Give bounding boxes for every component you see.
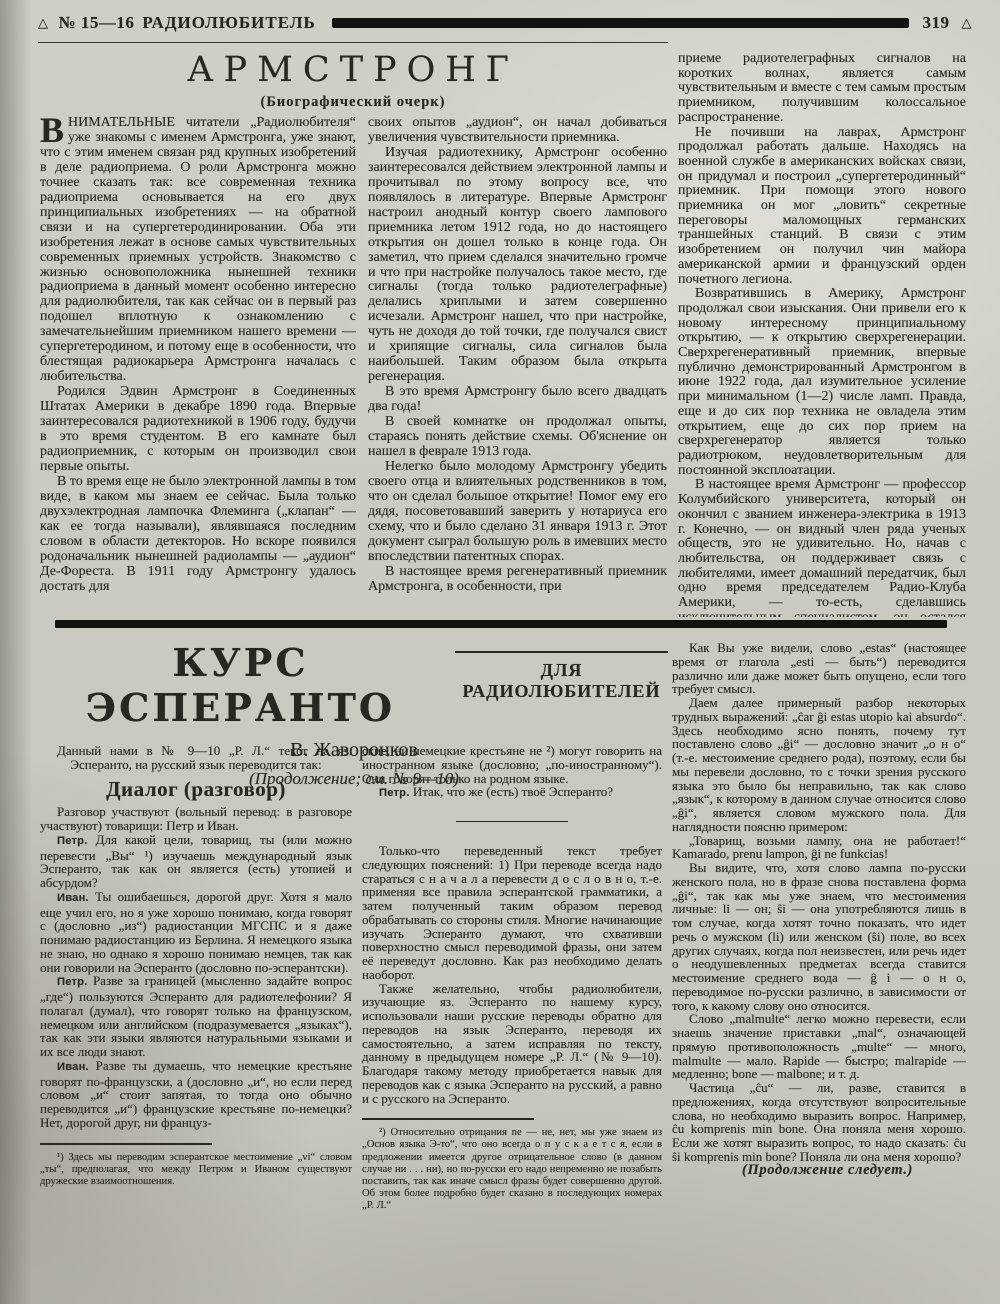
paragraph: Петр. Итак, что же (есть) твоё Эсперанто… [362, 785, 662, 801]
left-triangle-icon: △ [38, 15, 49, 31]
closing-note: (Продолжение следует.) [672, 1164, 966, 1178]
header-rule [38, 42, 668, 43]
paragraph: Даем далее примерный разбор некоторых тр… [672, 696, 966, 834]
esperanto-column-right: Как Вы уже видели, слово „estas“ (настоя… [672, 641, 966, 1294]
paragraph: Изучая радиотехнику, Армстронг особенно … [368, 146, 667, 385]
header-bar [332, 18, 909, 28]
paragraph: Иван. Разве ты думаешь, что немецкие кре… [40, 1059, 352, 1130]
section-divider-bar [55, 620, 947, 628]
paragraph: В своей комнатке он продолжал опыты, ста… [368, 415, 667, 460]
paragraph: Иван. Ты ошибаешься, дорогой друг. Хотя … [40, 890, 352, 975]
paragraph: приеме радиотелеграфных сигналов на коро… [678, 52, 966, 126]
dialog-heading: Диалог (разговор) [40, 783, 352, 797]
dialog-paragraphs-continued: ские, ни немецкие крестьяне не ²) могут … [362, 744, 662, 801]
armstrong-title-block: АРМСТРОНГ (Биографический очерк) [40, 50, 666, 111]
footnote-2: ²) Относительно отрицания ne — не, нет, … [362, 1127, 662, 1212]
dialog-paragraphs: Разговор участвуют (вольный перевод: в р… [40, 805, 352, 1129]
paragraph: В настоящее время регенеративный приемни… [368, 565, 667, 595]
page-header: △ № 15—16 РАДИОЛЮБИТЕЛЬ 319 △ [38, 10, 972, 36]
right-triangle-icon: △ [962, 15, 973, 31]
footnote-rule [362, 1118, 534, 1120]
paragraph: Нелегко было молодому Армстронгу убедить… [368, 460, 667, 565]
paragraph: Не почивши на лаврах, Армстронг продолжа… [678, 126, 966, 288]
article-subtitle: (Биографический очерк) [40, 94, 666, 111]
paragraph: своих опытов „аудион“, он начал добивать… [368, 116, 667, 146]
magazine-title: РАДИОЛЮБИТЕЛЬ [142, 13, 315, 33]
paragraph: Как Вы уже видели, слово „estas“ (настоя… [672, 641, 966, 696]
armstrong-column-left: ВНИМАТЕЛЬНЫЕ читатели „Радиолюбителя“ уж… [40, 116, 356, 617]
esperanto-column-middle: ские, ни немецкие крестьяне не ²) могут … [362, 744, 662, 1294]
paragraph: Разговор участвуют (вольный перевод: в р… [40, 805, 352, 833]
esperanto-title-line: КУРС ЭСПЕРАНТО ДЛЯ РАДИОЛЮБИТЕЛЕЙ [40, 640, 668, 730]
paragraph: ВНИМАТЕЛЬНЫЕ читатели „Радиолюбителя“ уж… [40, 116, 356, 385]
esperanto-subtitle: ДЛЯ РАДИОЛЮБИТЕЛЕЙ [455, 651, 668, 702]
intro-paragraph: Данный нами в № 9—10 „Р. Л.“ текст на яз… [40, 744, 352, 772]
paragraph: Вы видите, что, хотя слово лампа по-русс… [672, 861, 966, 1012]
armstrong-column-middle: своих опытов „аудион“, он начал добивать… [368, 116, 667, 617]
grammar-paragraphs: Как Вы уже видели, слово „estas“ (настоя… [672, 641, 966, 1164]
paragraph: Родился Эдвин Армстронг в Соединенных Шт… [40, 385, 356, 475]
footnote-1: ¹) Здесь мы переводим эсперантское место… [40, 1152, 352, 1189]
esperanto-title: КУРС ЭСПЕРАНТО [40, 640, 441, 730]
page-number: 319 [923, 13, 950, 33]
paragraph: В то время еще не было электронной лампы… [40, 475, 356, 595]
footnote-rule [40, 1143, 212, 1145]
armstrong-column-right: приеме радиотелеграфных сигналов на коро… [678, 52, 966, 617]
paragraph: В это время Армстронгу было всего двадца… [368, 385, 667, 415]
esperanto-column-left: Данный нами в № 9—10 „Р. Л.“ текст на яз… [40, 744, 352, 1294]
paragraph: Слово „malmulte“ легко можно перевести, … [672, 1012, 966, 1081]
paragraph: Также желательно, чтобы радиолюбители, и… [362, 982, 662, 1106]
paragraph: „Товарищ, возьми лампу, она не работает!… [672, 834, 966, 862]
paragraph: Петр. Для какой цели, товарищ, ты (или м… [40, 833, 352, 890]
paragraph: ские, ни немецкие крестьяне не ²) могут … [362, 744, 662, 785]
text-divider [456, 821, 568, 822]
paragraph: Частица „ĉu“ — ли, разве, ставится в пре… [672, 1081, 966, 1164]
article-title: АРМСТРОНГ [40, 50, 666, 90]
issue-number: № 15—16 [59, 13, 135, 33]
paragraph: Только-что переведенный текст требует сл… [362, 844, 662, 982]
explanation-paragraphs: Только-что переведенный текст требует сл… [362, 844, 662, 1105]
paragraph: Петр. Разве за границей (мысленно задайт… [40, 974, 352, 1059]
paragraph: В настоящее время Армстронг — профессор … [678, 478, 966, 617]
paragraph: Возвратившись в Америку, Армстронг продо… [678, 287, 966, 478]
magazine-page: △ № 15—16 РАДИОЛЮБИТЕЛЬ 319 △ АРМСТРОНГ … [0, 0, 1000, 1304]
